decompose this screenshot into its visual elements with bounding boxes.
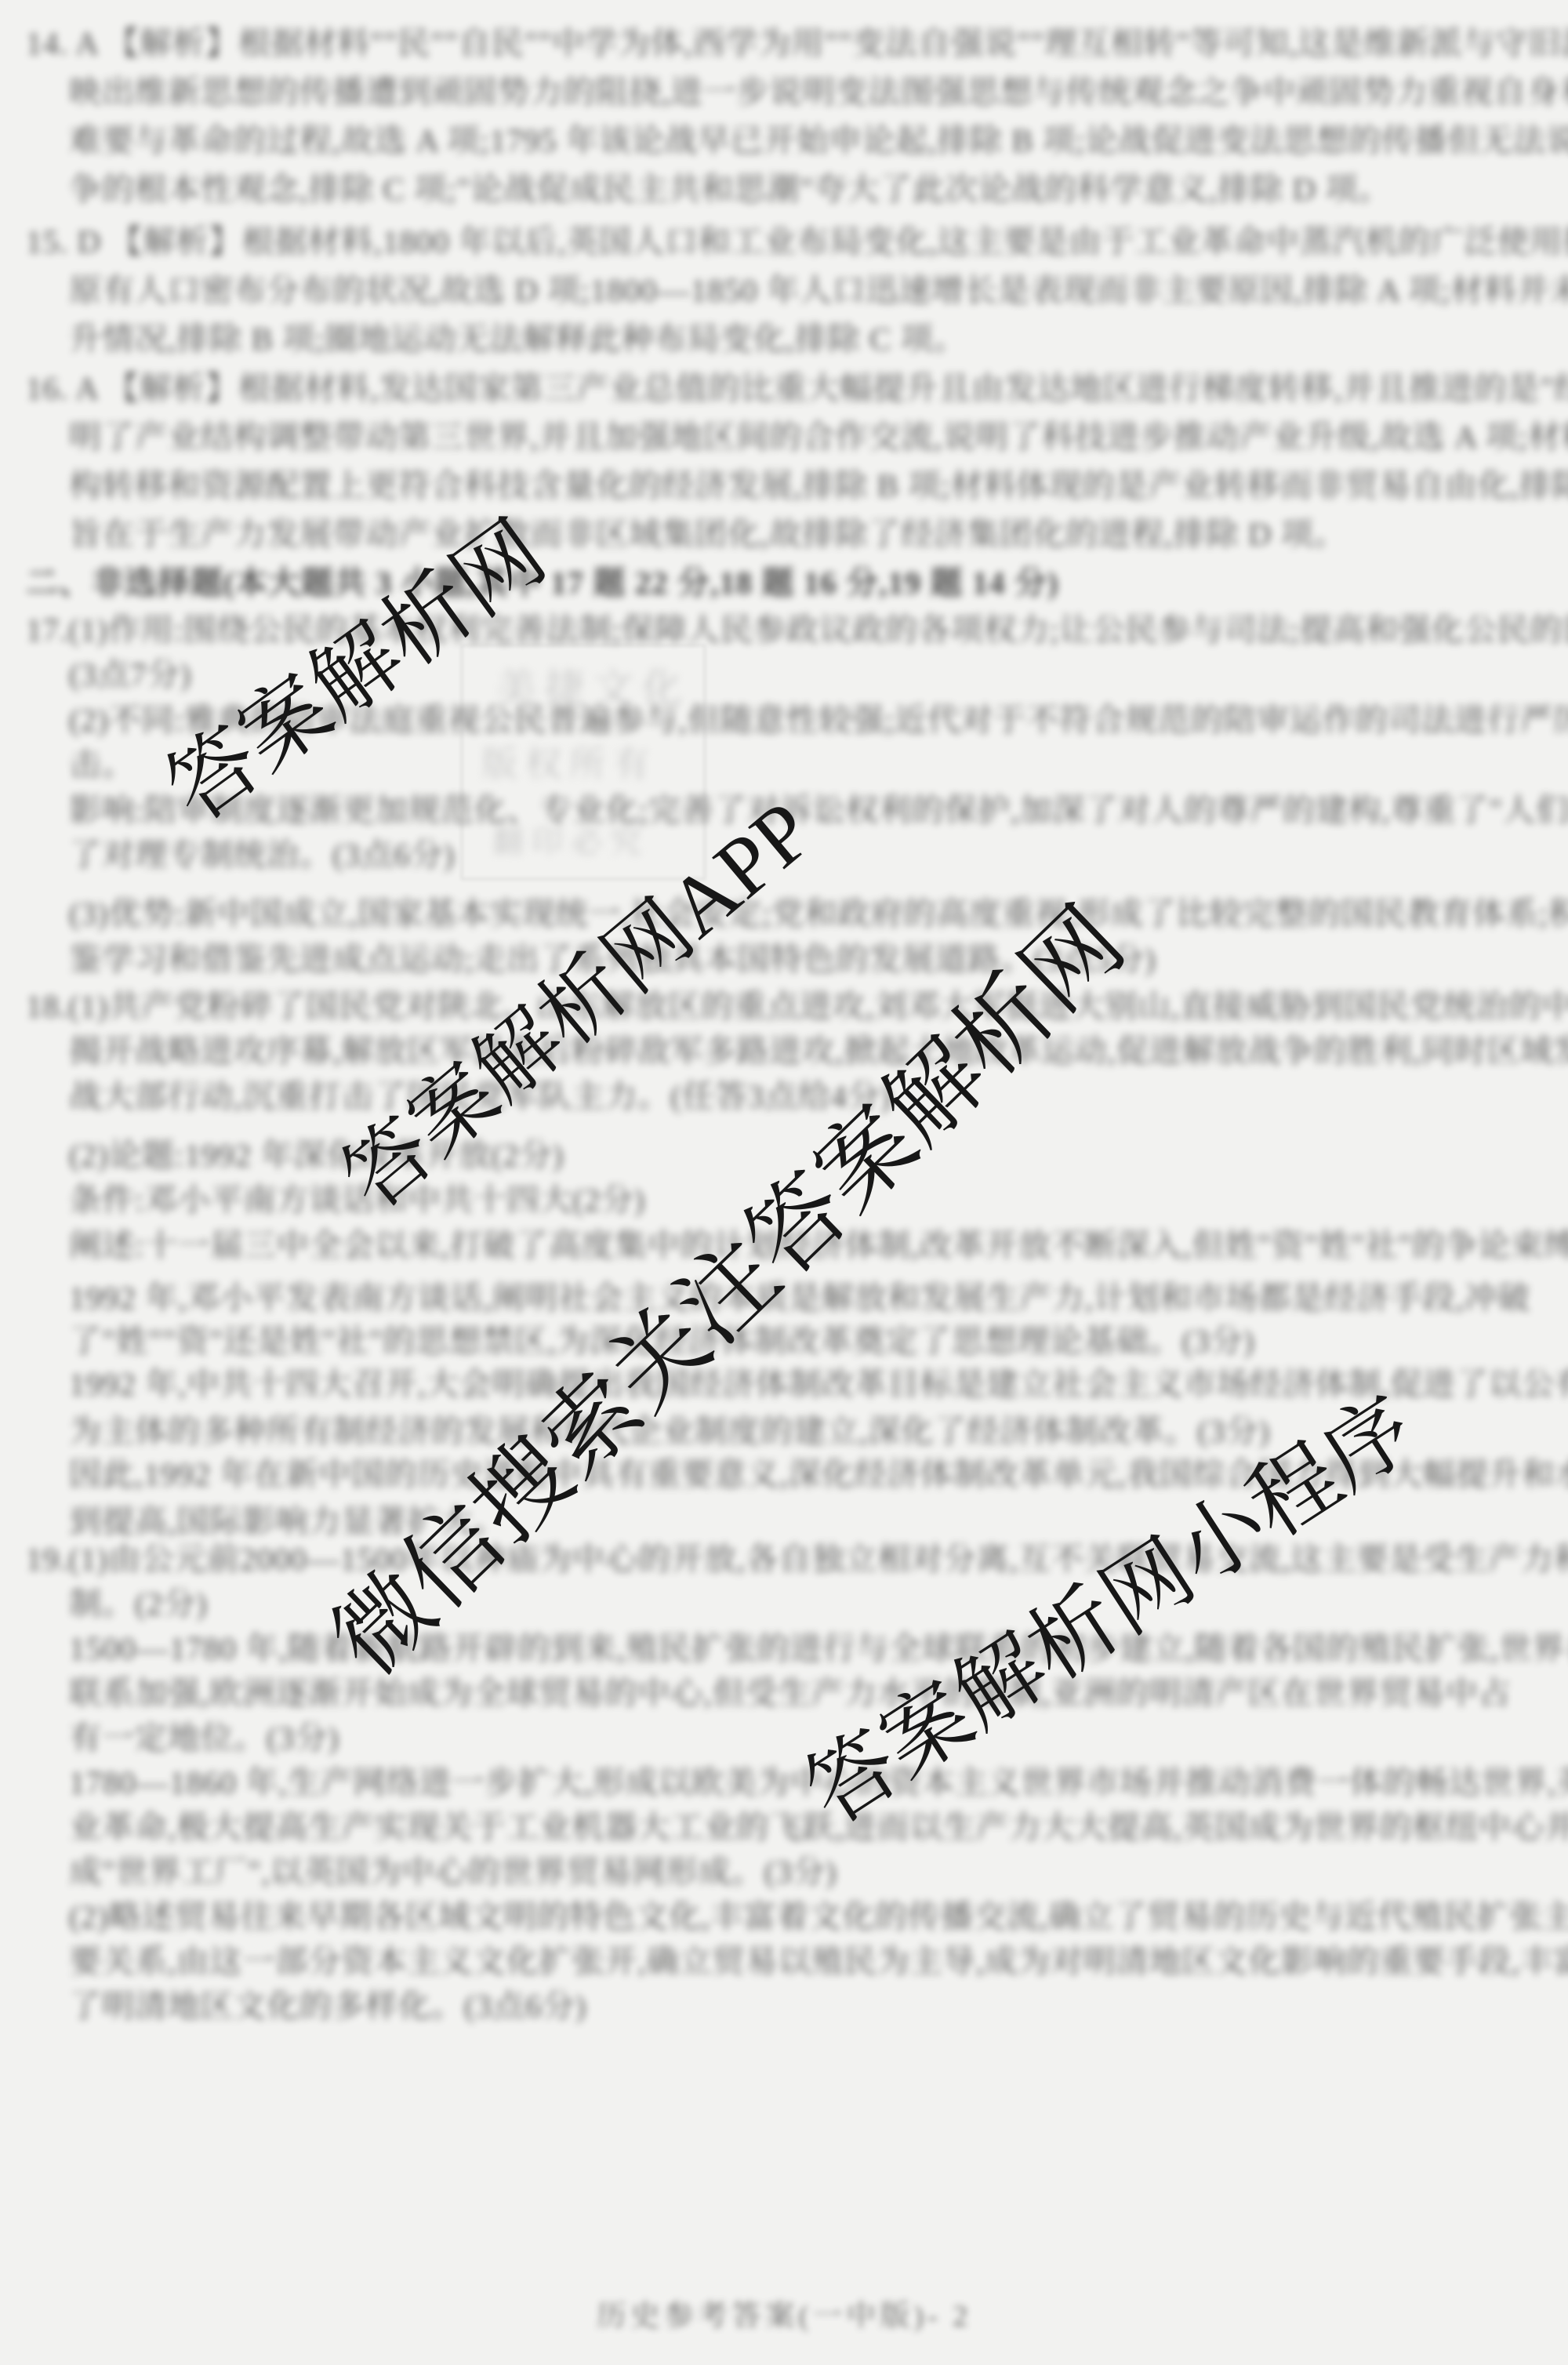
text-line: 业革命,极大提高生产实现关于工业机器大工业的飞跃,进而以生产力大大提高,英国成为… [69,1807,1568,1847]
stamp-text-line: 美捷文化 [495,656,690,714]
text-line: 14. A 【解析】根据材料""民""自民""中学为体,西学为用""变法自强说"… [26,24,1568,63]
text-line: 制。(2分) [69,1584,208,1623]
text-line: 有一定地位。(3分) [69,1718,339,1757]
text-line: 成"世界工厂",以英国为中心的世界贸易网形成。(3分) [69,1852,837,1891]
text-line: 原有人口密布分布的状况,故选 D 项;1800—1850 年人口迅速增长是表现而… [69,271,1568,310]
text-line: 揭开战略进攻序幕,解放区军民先后粉碎敌军多路进攻,掀起土地改革运动,促进解放战争… [69,1031,1568,1070]
text-line: (2)略述贸易往来早期各区域文明的特色文化,丰富着文化的传播交流,确立了贸易的历… [69,1897,1568,1936]
text-line: 19.(1)由公元前2000—1500年以神庙为中心的开放,各自独立相对分离,互… [26,1539,1568,1578]
text-line: 1500—1780 年,随着新航路开辟的到来,殖民扩张的进行与全球联系的初步建立… [69,1629,1568,1668]
stamp-text-line: 翻印必究 [492,817,649,862]
text-line: 要关系,由这一部分资本主义文化扩张开,确立贸易以殖民为主导,成为对明清地区文化影… [69,1942,1568,1981]
text-line: 构转移和资源配置上更符合科技含量化的经济发展,排除 B 项;材料体现的是产业转移… [69,466,1568,505]
text-line: 联系加强,欧洲逐渐开始成为全球贸易的中心,但受生产力水平的限制,亚洲的明清产区在… [69,1673,1512,1713]
text-line: 争的根本性观念,排除 C 项;"论战促成民主共和思潮"夸大了此次论战的科学意义,… [69,169,1391,209]
text-line: 了对理专制统治。(3点6分) [69,835,455,874]
text-line: 影响:陪审制度逐渐更加规范化、专业化;完善了对诉讼权利的保护,加深了对人的尊严的… [69,790,1568,830]
page-footer: 历史参考答案(一中版)- 2 [0,2291,1568,2334]
document-page: 14. A 【解析】根据材料""民""自民""中学为体,西学为用""变法自强说"… [0,0,1568,2365]
text-line: 15. D 【解析】根据材料,1800 年以后,英国人口和工业布局变化,这主要是… [26,222,1568,261]
text-line: 明了产业结构调整带动第三世界,并且加强地区间的合作交流,说明了科技进步推动产业升… [69,417,1568,456]
text-line: 了明清地区文化的多样化。(3点6分) [69,1986,586,2025]
stamp-text-line: 版权所有 [481,736,657,787]
text-line: 升情况,排除 B 项;圈地运动无法解释此种布局变化,排除 C 项。 [69,319,967,358]
text-line: (3)优势:新中国成立,国家基本实现统一,社会安定;党和政府的高度重视;形成了比… [69,894,1568,933]
text-line: 旨在于生产力发展带动产业扩散而非区域集团化,故排除了经济集团化的进程,排除 D … [69,514,1347,554]
text-line: (3点7分) [69,655,191,694]
text-line: 18.(1)共产党粉碎了国民党对陕北、山东解放区的重点进攻,刘邓大军挺进大别山,… [26,986,1568,1026]
text-line: 击。 [69,745,135,784]
text-line: 16. A 【解析】根据材料,发达国家第三产业总值的比重大幅提升且由发达地区进行… [26,369,1568,408]
text-line: 17.(1)作用:围绕公民的基本权利完善法制;保障人民参政议政的各项权力;让公民… [26,610,1568,649]
text-line: 映出维新思想的传播遭到顽固势力的阻挠,进一步说明变法图强思想与传统观念之争中顽固… [69,72,1568,111]
text-line: 难要与革命的过程,故选 A 项;1795 年该论战早已开始申论起,排除 B 项;… [69,121,1568,160]
